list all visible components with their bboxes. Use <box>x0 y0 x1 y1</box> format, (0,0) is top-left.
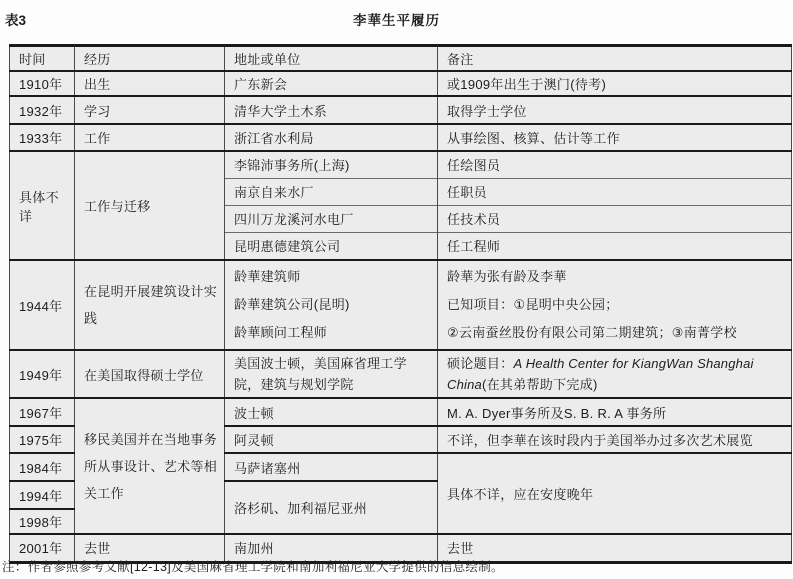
cell-unknown-remark-2: 任技术员 <box>438 205 792 232</box>
table-row: 1949年 在美国取得硕士学位 美国波士顿，美国麻省理工学院，建筑与规划学院 硕… <box>10 350 792 398</box>
cell-unknown-address-2: 四川万龙溪河水电厂 <box>225 205 438 232</box>
cell-unknown-address-1: 南京自来水厂 <box>225 178 438 205</box>
cell-1984-1998-remark: 具体不详，应在安度晚年 <box>438 453 792 534</box>
cell-unknown-time: 具体不详 <box>10 151 75 260</box>
cell-unknown-remark-0: 任绘图员 <box>438 151 792 178</box>
cell-1933-remark: 从事绘图、核算、估计等工作 <box>438 124 792 151</box>
cell-1933-time: 1933年 <box>10 124 75 151</box>
cell-1967-remark: M. A. Dyer事务所及S. B. R. A 事务所 <box>438 398 792 426</box>
cell-1910-remark: 或1909年出生于澳门(待考) <box>438 71 792 96</box>
cell-1932-remark: 取得学士学位 <box>438 96 792 124</box>
cell-unknown-address-3: 昆明惠德建筑公司 <box>225 232 438 260</box>
header-time: 时间 <box>10 46 75 72</box>
table-row: 1944年 在昆明开展建筑设计实践 龄華建筑师 龄華建筑公司(昆明) 龄華顾问工… <box>10 260 792 350</box>
cell-1984-time: 1984年 <box>10 453 75 481</box>
cell-1949-experience: 在美国取得硕士学位 <box>75 350 225 398</box>
cell-1944-address: 龄華建筑师 龄華建筑公司(昆明) 龄華顾问工程师 <box>225 260 438 350</box>
remark-line: 已知项目：①昆明中央公园； <box>447 291 785 319</box>
cell-1932-address: 清华大学土木系 <box>225 96 438 124</box>
cell-1910-experience: 出生 <box>75 71 225 96</box>
cell-1967-time: 1967年 <box>10 398 75 426</box>
table-row: 1967年 移民美国并在当地事务所从事设计、艺术等相关工作 波士顿 M. A. … <box>10 398 792 426</box>
address-line: 龄華建筑公司(昆明) <box>234 291 431 319</box>
thesis-remark-suffix: (在其弟帮助下完成) <box>482 377 598 392</box>
cell-unknown-remark-1: 任职员 <box>438 178 792 205</box>
cell-1944-experience: 在昆明开展建筑设计实践 <box>75 260 225 350</box>
cell-1975-remark: 不详，但李華在该时段内于美国举办过多次艺术展览 <box>438 426 792 453</box>
cell-1933-address: 浙江省水利局 <box>225 124 438 151</box>
cell-1932-time: 1932年 <box>10 96 75 124</box>
remark-line: ②云南蚕丝股份有限公司第二期建筑；③南菁学校 <box>447 319 785 347</box>
cell-1998-time: 1998年 <box>10 509 75 534</box>
table-header-row: 时间 经历 地址或单位 备注 <box>10 46 792 72</box>
cell-1910-time: 1910年 <box>10 71 75 96</box>
cell-1967-address: 波士顿 <box>225 398 438 426</box>
table-row: 具体不详 工作与迁移 李锦沛事务所(上海) 任绘图员 <box>10 151 792 178</box>
cell-1975-time: 1975年 <box>10 426 75 453</box>
header-remark: 备注 <box>438 46 792 72</box>
cell-1949-time: 1949年 <box>10 350 75 398</box>
paper-table-page: 表3 李華生平履历 时间 经历 地址或单位 备注 1910年 出生 广东新会 或… <box>0 0 793 579</box>
cell-1933-experience: 工作 <box>75 124 225 151</box>
address-line: 龄華建筑师 <box>234 263 431 291</box>
cell-1944-remark: 龄華为张有龄及李華 已知项目：①昆明中央公园； ②云南蚕丝股份有限公司第二期建筑… <box>438 260 792 350</box>
address-line: 龄華顾问工程师 <box>234 319 431 347</box>
cell-usa-experience: 移民美国并在当地事务所从事设计、艺术等相关工作 <box>75 398 225 534</box>
cell-1949-address: 美国波士顿，美国麻省理工学院，建筑与规划学院 <box>225 350 438 398</box>
cell-1944-time: 1944年 <box>10 260 75 350</box>
cell-1932-experience: 学习 <box>75 96 225 124</box>
remark-line: 龄華为张有龄及李華 <box>447 263 785 291</box>
table-row: 1932年 学习 清华大学土木系 取得学士学位 <box>10 96 792 124</box>
header-experience: 经历 <box>75 46 225 72</box>
title-bar: 表3 李華生平履历 <box>0 9 793 31</box>
resume-table: 时间 经历 地址或单位 备注 1910年 出生 广东新会 或1909年出生于澳门… <box>9 44 792 564</box>
cell-1975-address: 阿灵顿 <box>225 426 438 453</box>
table-title: 李華生平履历 <box>0 9 793 29</box>
cell-unknown-remark-3: 任工程师 <box>438 232 792 260</box>
cell-1910-address: 广东新会 <box>225 71 438 96</box>
cell-1984-address: 马萨诸塞州 <box>225 453 438 481</box>
table-row: 1910年 出生 广东新会 或1909年出生于澳门(待考) <box>10 71 792 96</box>
cell-1949-remark: 硕论题目：A Health Center for KiangWan Shangh… <box>438 350 792 398</box>
table-footnote: 注：作者参照参考文献[12-13]及美国麻省理工学院和南加利福尼亚大学提供的信息… <box>2 557 504 575</box>
cell-unknown-address-0: 李锦沛事务所(上海) <box>225 151 438 178</box>
header-address: 地址或单位 <box>225 46 438 72</box>
table-row: 1933年 工作 浙江省水利局 从事绘图、核算、估计等工作 <box>10 124 792 151</box>
cell-1994-1998-address: 洛杉矶、加利福尼亚州 <box>225 481 438 534</box>
thesis-remark-prefix: 硕论题目： <box>447 356 514 371</box>
cell-unknown-experience: 工作与迁移 <box>75 151 225 260</box>
cell-1994-time: 1994年 <box>10 481 75 509</box>
